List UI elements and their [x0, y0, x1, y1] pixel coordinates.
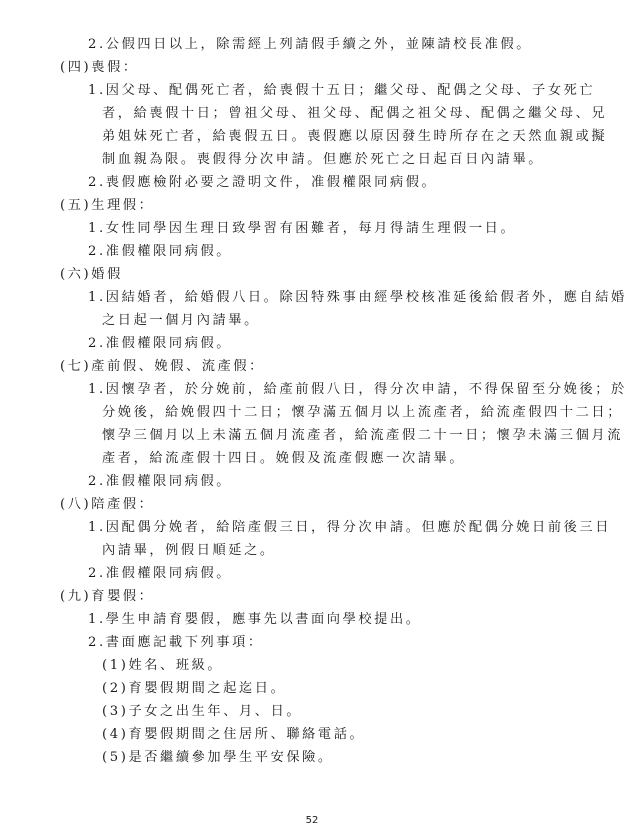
text-line: 1.女性同學因生理日致學習有困難者，每月得請生理假一日。	[88, 220, 516, 238]
text-line: (2)育嬰假期間之起迄日。	[102, 680, 286, 698]
text-line: 2.公假四日以上，除需經上列請假手續之外，並陳請校長准假。	[88, 36, 532, 54]
text-line: 之日起一個月內請畢。	[102, 312, 260, 330]
section-heading: (五)生理假：	[60, 197, 154, 215]
section-heading: (六)婚假	[60, 266, 123, 284]
text-line: 制血親為限。喪假得分次申請。但應於死亡之日起百日內請畢。	[102, 151, 544, 169]
page-number: 52	[0, 815, 624, 826]
text-line: 2.准假權限同病假。	[88, 473, 232, 491]
text-line: 懷孕三個月以上未滿五個月流產者，給流產假二十一日；懷孕未滿三個月流	[102, 427, 623, 445]
text-line: 2.喪假應檢附必要之證明文件，准假權限同病假。	[88, 174, 437, 192]
text-line: (3)子女之出生年、月、日。	[102, 703, 302, 721]
section-heading: (七)產前假、娩假、流產假：	[60, 358, 265, 376]
text-line: 者，給喪假十日；曾祖父母、祖父母、配偶之祖父母、配偶之繼父母、兄	[102, 105, 607, 123]
text-line: (5)是否繼續參加學生平安保險。	[102, 749, 334, 767]
text-line: 1.因懷孕者，於分娩前，給產前假八日，得分次申請，不得保留至分娩後；於	[88, 381, 624, 399]
text-line: 1.學生申請育嬰假，應事先以書面向學校提出。	[88, 611, 422, 629]
text-line: 產者，給流產假十四日。娩假及流產假應一次請畢。	[102, 450, 465, 468]
text-line: 2.准假權限同病假。	[88, 565, 232, 583]
text-line: 內請畢，例假日順延之。	[102, 542, 276, 560]
section-heading: (九)育嬰假：	[60, 588, 154, 606]
text-line: 1.因配偶分娩者，給陪產假三日，得分次申請。但應於配偶分娩日前後三日	[88, 519, 611, 537]
text-line: 2.書面應記載下列事項：	[88, 634, 264, 652]
text-line: 2.准假權限同病假。	[88, 335, 232, 353]
text-line: 1.因結婚者，給婚假八日。除因特殊事由經學校核准延後給假者外，應自結婚	[88, 289, 624, 307]
text-line: (1)姓名、班級。	[102, 657, 223, 675]
text-line: 弟姐妹死亡者，給喪假五日。喪假應以原因發生時所存在之天然血親或擬	[102, 128, 607, 146]
text-line: 1.因父母、配偶死亡者，給喪假十五日；繼父母、配偶之父母、子女死亡	[88, 82, 595, 100]
section-heading: (八)陪產假：	[60, 496, 154, 514]
text-line: (4)育嬰假期間之住居所、聯絡電話。	[102, 726, 365, 744]
text-line: 分娩後，給娩假四十二日；懷孕滿五個月以上流產者，給流產假四十二日；	[102, 404, 623, 422]
section-heading: (四)喪假：	[60, 59, 139, 77]
text-line: 2.准假權限同病假。	[88, 243, 232, 261]
